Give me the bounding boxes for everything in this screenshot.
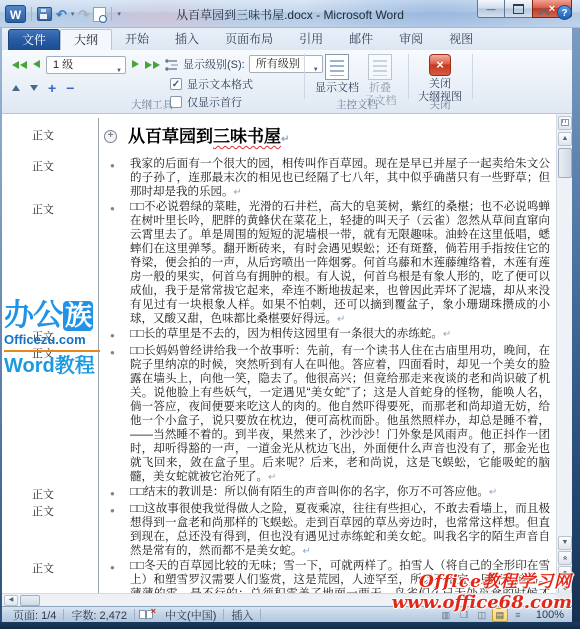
scroll-up-button[interactable]: ▲ [558,132,572,146]
show-level-icon [165,58,179,71]
ribbon-extras: ? [540,5,572,20]
style-label: 正文 [2,327,98,344]
double-down-icon: » [559,586,571,590]
horizontal-scroll-thumb[interactable] [20,595,40,606]
outline-expand-icon[interactable]: + [104,130,117,143]
pilcrow-mark: ↵ [234,187,242,198]
pilcrow-mark: ↵ [337,314,345,325]
ruler-toggle-button[interactable] [558,116,572,130]
paragraph-text[interactable]: ●□□这故事很使我觉得做人之险，夏夜乘凉，往往有些担心，不敢去看墙上，而且极想得… [98,502,550,559]
status-bar: 页面: 1/4 字数: 2,472 × 中文(中国) 插入 ▥❐◫▤≡100% [2,606,572,622]
paragraph-text[interactable]: ●□□长的草里是不去的，因为相传这园里有一条很大的赤练蛇。↵ [98,327,550,344]
master-document-group-label: 主控文档 [309,97,405,112]
view-shortcuts: ▥❐◫▤≡100% [438,608,568,622]
outline-body-bullet-icon[interactable]: ● [110,202,115,216]
collapse-ribbon-icon[interactable] [538,8,549,19]
style-label: 正文 [2,126,98,151]
outline-level-value: 1 级 [53,59,73,71]
style-label: 正文 [2,200,98,327]
move-down-icon[interactable] [30,85,38,91]
tab-文件[interactable]: 文件 [8,29,60,50]
outline-body-bullet-icon[interactable]: ● [110,487,115,501]
pilcrow-mark: ↵ [443,329,451,340]
promote-icon[interactable] [33,59,40,71]
paragraph-row: 正文●□□长妈妈曾经讲给我一个故事听：先前，有一个读书人住在古庙里用功，晚间，在… [2,344,554,485]
style-label: 正文 [2,502,98,559]
scroll-down-button[interactable]: ▼ [558,536,572,550]
print-layout-view-button[interactable]: ▥ [438,608,454,622]
close-group-label: 关闭 [414,97,466,112]
paragraph-row: 正文●□□不必说碧绿的菜畦，光滑的石井栏，高大的皂荚树，紫红的桑椹；也不必说鸣蝉… [2,200,554,327]
maximize-icon [513,4,524,14]
window-border-left [0,28,2,622]
vertical-scrollbar[interactable]: ▲ ▼ « ● » [556,114,572,593]
pilcrow-mark: ↵ [268,472,276,483]
language-indicator[interactable]: 中文(中国) [158,607,223,623]
tab-大纲[interactable]: 大纲 [60,29,112,50]
style-label: 正文 [2,559,98,593]
close-outline-view-label-1: 关闭 [414,78,466,91]
group-separator [408,54,409,99]
show-level-value: 所有级别 [256,58,300,70]
tab-引用[interactable]: 引用 [286,29,336,50]
paragraph-row: 正文●□□这故事很使我觉得做人之险，夏夜乘凉，往往有些担心，不敢去看墙上，而且极… [2,502,554,559]
outline-body-bullet-icon[interactable]: ● [110,504,115,518]
tab-开始[interactable]: 开始 [112,29,162,50]
paragraph-row: 正文●□□冬天的百草园比较的无味；雪一下，可就两样了。拍雪人（将自己的全形印在雪… [2,559,554,593]
scroll-left-button[interactable]: ◀ [4,595,18,606]
window-border-right [572,28,580,622]
demote-to-body-icon[interactable] [145,61,160,69]
outline-level-controls: 1 级 ▼ [12,56,160,74]
chevron-down-icon: ▼ [116,63,122,79]
paragraph-row: 正文●我家的后面有一个很大的园，相传叫作百草园。现在是早已并屋子一起卖给朱文公的… [2,157,554,200]
previous-page-button[interactable]: « [558,551,572,565]
scrollbar-corner [556,593,572,606]
web-layout-view-button[interactable]: ◫ [474,608,490,622]
pilcrow-mark: ↵ [489,487,497,498]
separator [260,609,261,620]
document-title[interactable]: +从百草园到三味书屋↵ [98,126,550,151]
style-label: 正文 [2,485,98,502]
select-browse-object-button[interactable]: ● [558,566,572,580]
pilcrow-mark: ↵ [281,134,289,145]
title-bar: W ↶ ▾ ↷ ▾ 从百草园到三味书屋.docx - Microsoft Wor… [0,0,580,28]
tab-插入[interactable]: 插入 [162,29,212,50]
tab-页面布局[interactable]: 页面布局 [212,29,286,50]
minimize-button[interactable]: — [477,0,505,18]
full-screen-reading-view-button[interactable]: ❐ [456,608,472,622]
paragraph-text[interactable]: ●□□冬天的百草园比较的无味；雪一下，可就两样了。拍雪人（将自己的全形印在雪上）… [98,559,550,593]
double-up-icon: « [559,556,571,560]
outline-body-bullet-icon[interactable]: ● [110,346,115,360]
window-border-bottom [0,622,580,629]
title-text-squiggle: 三味书屋 [213,127,281,146]
collapse-subdocuments-icon [368,54,392,80]
word-count[interactable]: 字数: 2,472 [64,607,134,623]
spell-check-icon[interactable]: × [139,609,154,620]
next-page-button[interactable]: » [558,581,572,593]
show-level-row: 显示级别(S): 所有级别 ▼ [165,55,323,73]
outline-level-dropdown[interactable]: 1 级 ▼ [46,56,126,74]
paragraph-text[interactable]: ●□□长妈妈曾经讲给我一个故事听：先前，有一个读书人住在古庙里用功，晚间，在院子… [98,344,550,485]
paragraph-text[interactable]: ●□□结末的教训是：所以倘有陌生的声音叫你的名字，你万不可答应他。↵ [98,485,550,502]
demote-icon[interactable] [132,59,139,71]
group-separator [304,54,305,99]
group-separator [472,54,473,99]
word-window: W ↶ ▾ ↷ ▾ 从百草园到三味书屋.docx - Microsoft Wor… [0,0,580,629]
draft-view-button[interactable]: ≡ [510,608,526,622]
show-level-label: 显示级别(S): [183,56,245,72]
style-label: 正文 [2,344,98,485]
collapse-icon[interactable]: − [66,82,74,94]
paragraph-text[interactable]: ●我家的后面有一个很大的园，相传叫作百草园。现在是早已并屋子一起卖给朱文公的子孙… [98,157,550,200]
collapse-subdocuments-label-1: 折叠 [354,82,406,95]
zoom-level[interactable]: 100% [528,609,568,621]
tab-邮件[interactable]: 邮件 [336,29,386,50]
outline-move-controls: + − [12,82,74,94]
close-outline-view-icon: × [429,54,451,76]
title-row: 正文 +从百草园到三味书屋↵ [2,126,554,151]
document-rows: 正文 +从百草园到三味书屋↵ 正文●我家的后面有一个很大的园，相传叫作百草园。现… [2,126,554,593]
help-icon[interactable]: ? [557,5,572,20]
pilcrow-mark: ↵ [303,546,311,557]
title-text-plain: 从百草园到 [128,127,213,146]
outline-body-bullet-icon[interactable]: ● [110,159,115,173]
maximize-button[interactable] [505,0,532,18]
paragraph-text[interactable]: ●□□不必说碧绿的菜畦，光滑的石井栏，高大的皂荚树，紫红的桑椹；也不必说鸣蝉在树… [98,200,550,327]
move-up-icon[interactable] [12,85,20,91]
ribbon: 1 级 ▼ + − 显示级别(S): 所有级别 ▼ ✓ 显示文本格式 仅显 [2,50,572,114]
paragraph-row: 正文●□□结末的教训是：所以倘有陌生的声音叫你的名字，你万不可答应他。↵ [2,485,554,502]
vertical-scroll-thumb[interactable] [558,148,572,178]
paragraph-row: 正文●□□长的草里是不去的，因为相传这园里有一条很大的赤练蛇。↵ [2,327,554,344]
horizontal-scrollbar[interactable]: ◀ [2,593,556,606]
document-area: 正文 +从百草园到三味书屋↵ 正文●我家的后面有一个很大的园，相传叫作百草园。现… [2,114,572,593]
show-document-icon [325,54,349,80]
outline-body-bullet-icon[interactable]: ● [110,561,115,575]
expand-icon[interactable]: + [48,82,56,94]
promote-to-heading1-icon[interactable] [12,61,27,69]
show-text-format-row: ✓ 显示文本格式 [170,76,253,92]
separator [134,609,135,620]
outline-tools-group-label: 大纲工具 [62,97,242,112]
tab-视图[interactable]: 视图 [436,29,486,50]
tab-审阅[interactable]: 审阅 [386,29,436,50]
show-text-format-label: 显示文本格式 [187,76,253,92]
insert-mode-indicator[interactable]: 插入 [224,607,260,623]
ribbon-tab-row: 文件大纲开始插入页面布局引用邮件审阅视图 [2,28,572,50]
ruler-icon [561,119,569,126]
outline-body-bullet-icon[interactable]: ● [110,329,115,343]
show-text-format-checkbox[interactable]: ✓ [170,78,182,90]
outline-view-button[interactable]: ▤ [492,608,508,622]
page-indicator[interactable]: 页面: 1/4 [6,607,63,623]
style-label: 正文 [2,157,98,200]
